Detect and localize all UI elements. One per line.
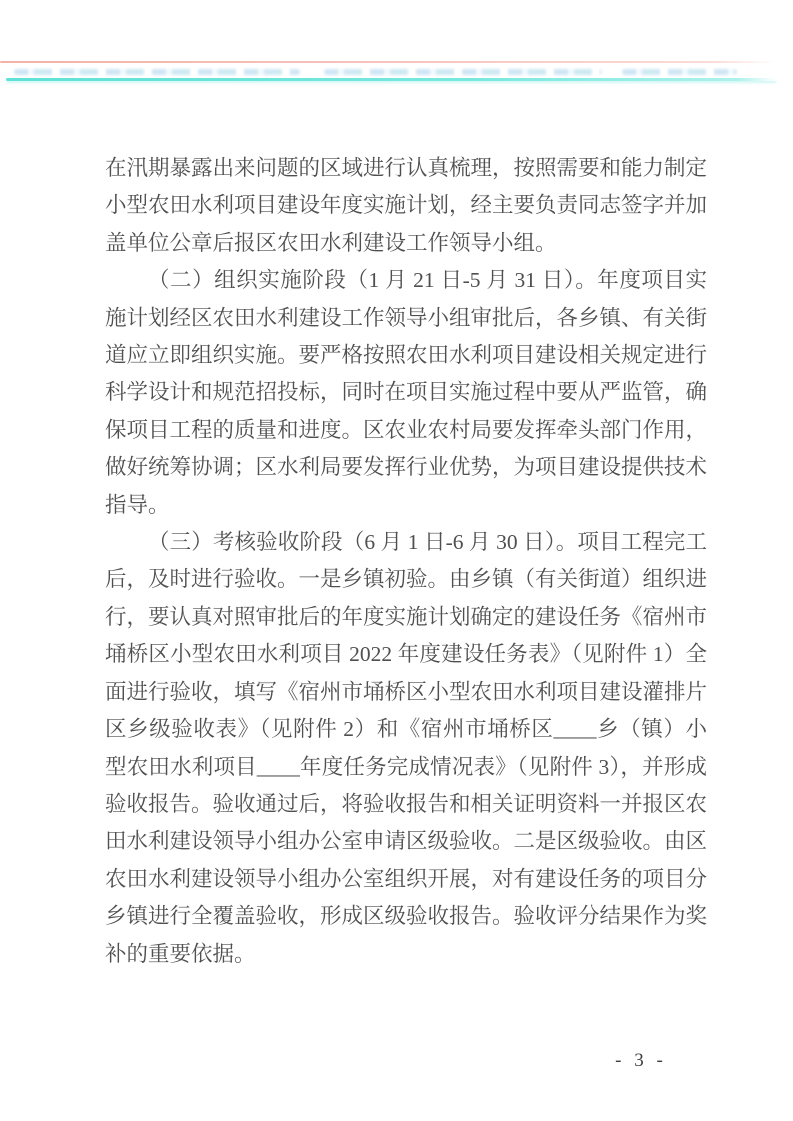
page-number: - 3 - — [606, 1050, 676, 1072]
paragraph-section-2-implementation-phase: （二）组织实施阶段（1 月 21 日-5 月 31 日）。年度项目实施计划经区农… — [105, 262, 707, 524]
document-body: 在汛期暴露出来问题的区域进行认真梳理，按照需要和能力制定小型农田水利项目建设年度… — [105, 150, 707, 973]
header-rule-cyan — [6, 78, 776, 81]
scanned-document-page: 在汛期暴露出来问题的区域进行认真梳理，按照需要和能力制定小型农田水利项目建设年度… — [0, 0, 793, 1121]
scan-artifact-segment — [324, 69, 602, 75]
paragraph-continuation: 在汛期暴露出来问题的区域进行认真梳理，按照需要和能力制定小型农田水利项目建设年度… — [105, 150, 707, 262]
header-rule-pink — [0, 61, 775, 63]
paragraph-section-3-acceptance-phase: （三）考核验收阶段（6 月 1 日-6 月 30 日）。项目工程完工后，及时进行… — [105, 524, 707, 973]
scan-artifact-segment — [14, 69, 300, 75]
scan-artifact-segment — [622, 69, 737, 75]
scan-bleedthrough-artifact — [0, 68, 793, 76]
